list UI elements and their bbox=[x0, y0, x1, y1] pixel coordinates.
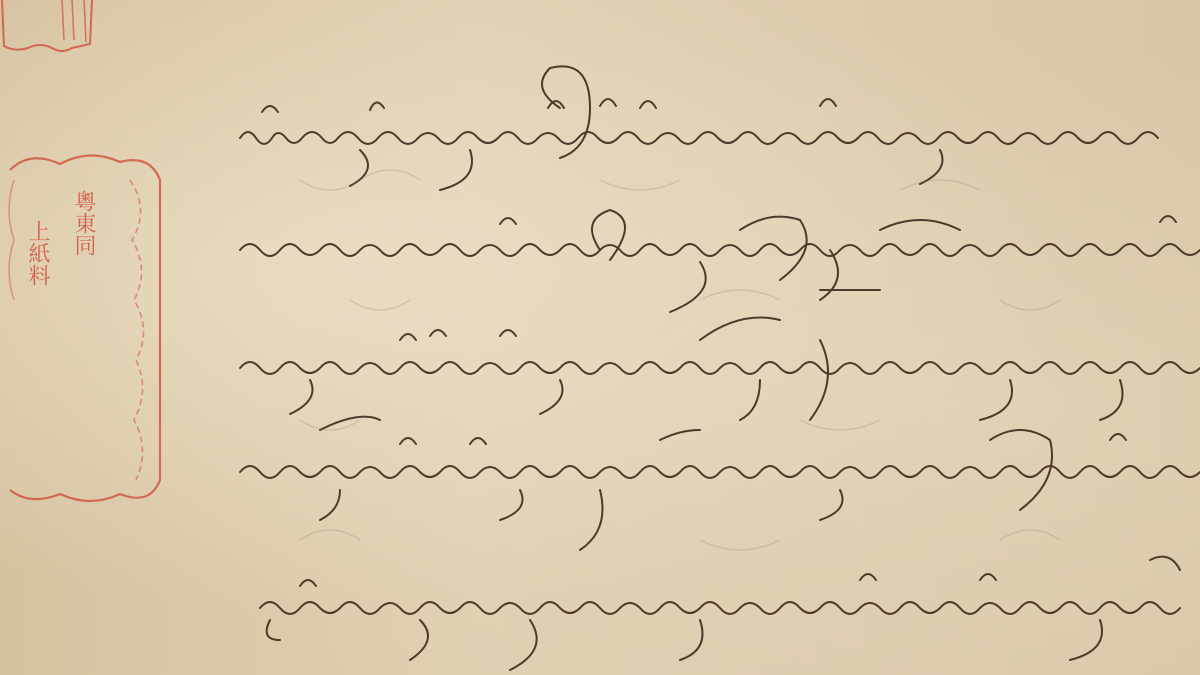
handwritten-script bbox=[0, 0, 1200, 675]
manuscript-photo: 粵東同 上紙料 bbox=[0, 0, 1200, 675]
